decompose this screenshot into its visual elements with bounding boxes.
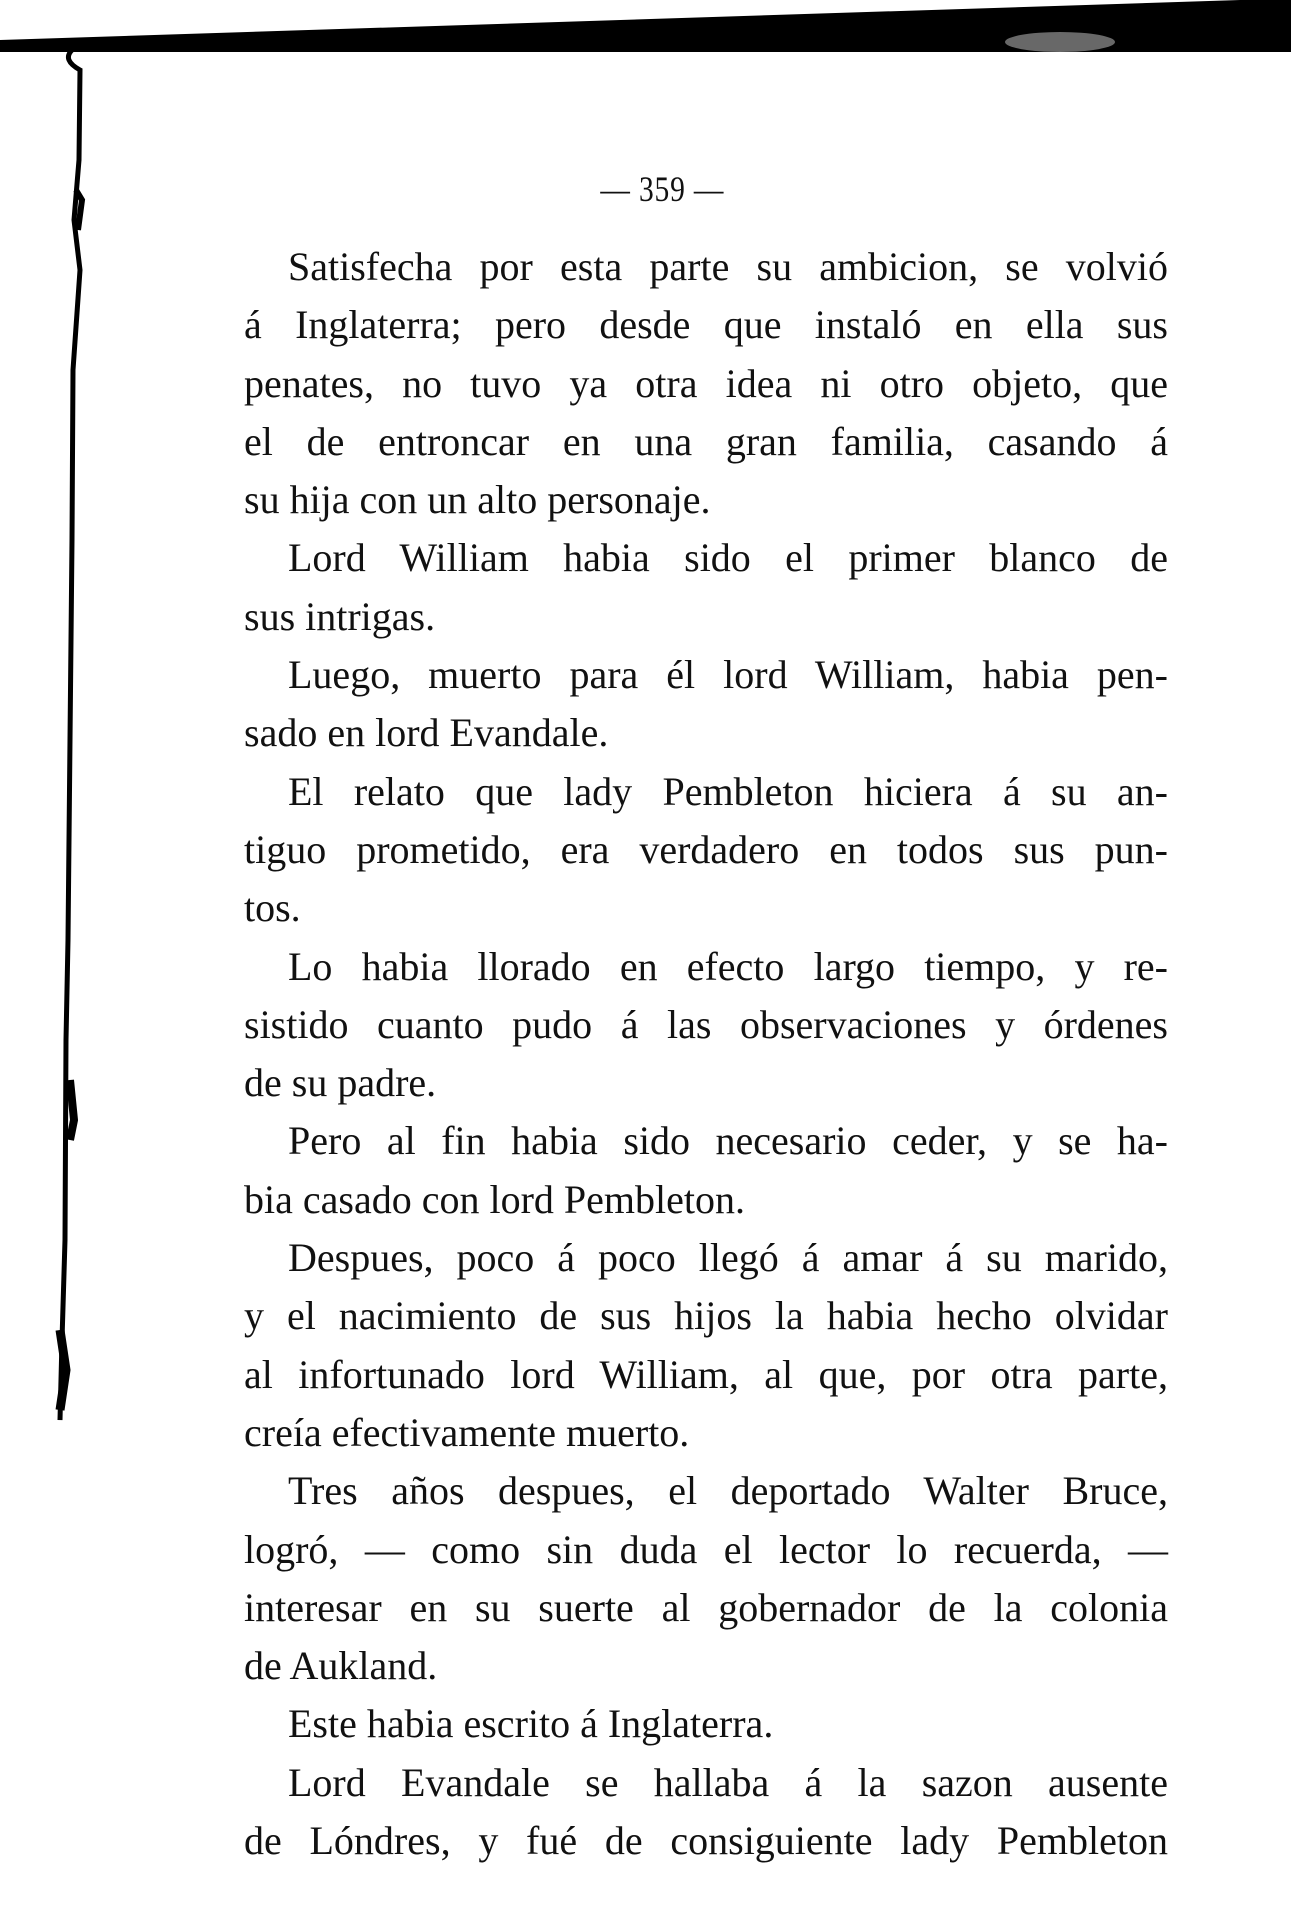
body-text: Satisfecha por esta parte su ambicion, s… bbox=[244, 238, 1168, 1870]
text-line: Pero al fin habia sido necesario ceder, … bbox=[244, 1112, 1168, 1170]
text-line: de Aukland. bbox=[244, 1637, 1168, 1695]
text-line: Lord William habia sido el primer blanco… bbox=[244, 529, 1168, 587]
scan-binding-edge bbox=[0, 40, 90, 1660]
text-line: sus intrigas. bbox=[244, 588, 1168, 646]
text-line: sado en lord Evandale. bbox=[244, 704, 1168, 762]
text-line: sistido cuanto pudo á las observaciones … bbox=[244, 996, 1168, 1054]
text-line: penates, no tuvo ya otra idea ni otro ob… bbox=[244, 355, 1168, 413]
text-line: interesar en su suerte al gobernador de … bbox=[244, 1579, 1168, 1637]
text-line: de su padre. bbox=[244, 1054, 1168, 1112]
text-line: Luego, muerto para él lord William, habi… bbox=[244, 646, 1168, 704]
text-line: de Lóndres, y fué de consiguiente lady P… bbox=[244, 1812, 1168, 1870]
text-line: logró, — como sin duda el lector lo recu… bbox=[244, 1521, 1168, 1579]
text-line: El relato que lady Pembleton hiciera á s… bbox=[244, 763, 1168, 821]
text-line: bia casado con lord Pembleton. bbox=[244, 1171, 1168, 1229]
text-line: el de entroncar en una gran familia, cas… bbox=[244, 413, 1168, 471]
scan-top-edge bbox=[0, 0, 1291, 54]
text-line: Lo habia llorado en efecto largo tiempo,… bbox=[244, 938, 1168, 996]
text-line: tos. bbox=[244, 879, 1168, 937]
text-line: Satisfecha por esta parte su ambicion, s… bbox=[244, 238, 1168, 296]
text-line: tiguo prometido, era verdadero en todos … bbox=[244, 821, 1168, 879]
page-number: — 359 — bbox=[123, 168, 1182, 210]
text-line: Despues, poco á poco llegó á amar á su m… bbox=[244, 1229, 1168, 1287]
text-line: á Inglaterra; pero desde que instaló en … bbox=[244, 296, 1168, 354]
text-line: su hija con un alto personaje. bbox=[244, 471, 1168, 529]
text-line: al infortunado lord William, al que, por… bbox=[244, 1346, 1168, 1404]
text-line: Lord Evandale se hallaba á la sazon ause… bbox=[244, 1754, 1168, 1812]
text-line: Tres años despues, el deportado Walter B… bbox=[244, 1462, 1168, 1520]
text-line: creía efectivamente muerto. bbox=[244, 1404, 1168, 1462]
text-line: y el nacimiento de sus hijos la habia he… bbox=[244, 1287, 1168, 1345]
text-line: Este habia escrito á Inglaterra. bbox=[244, 1695, 1168, 1753]
